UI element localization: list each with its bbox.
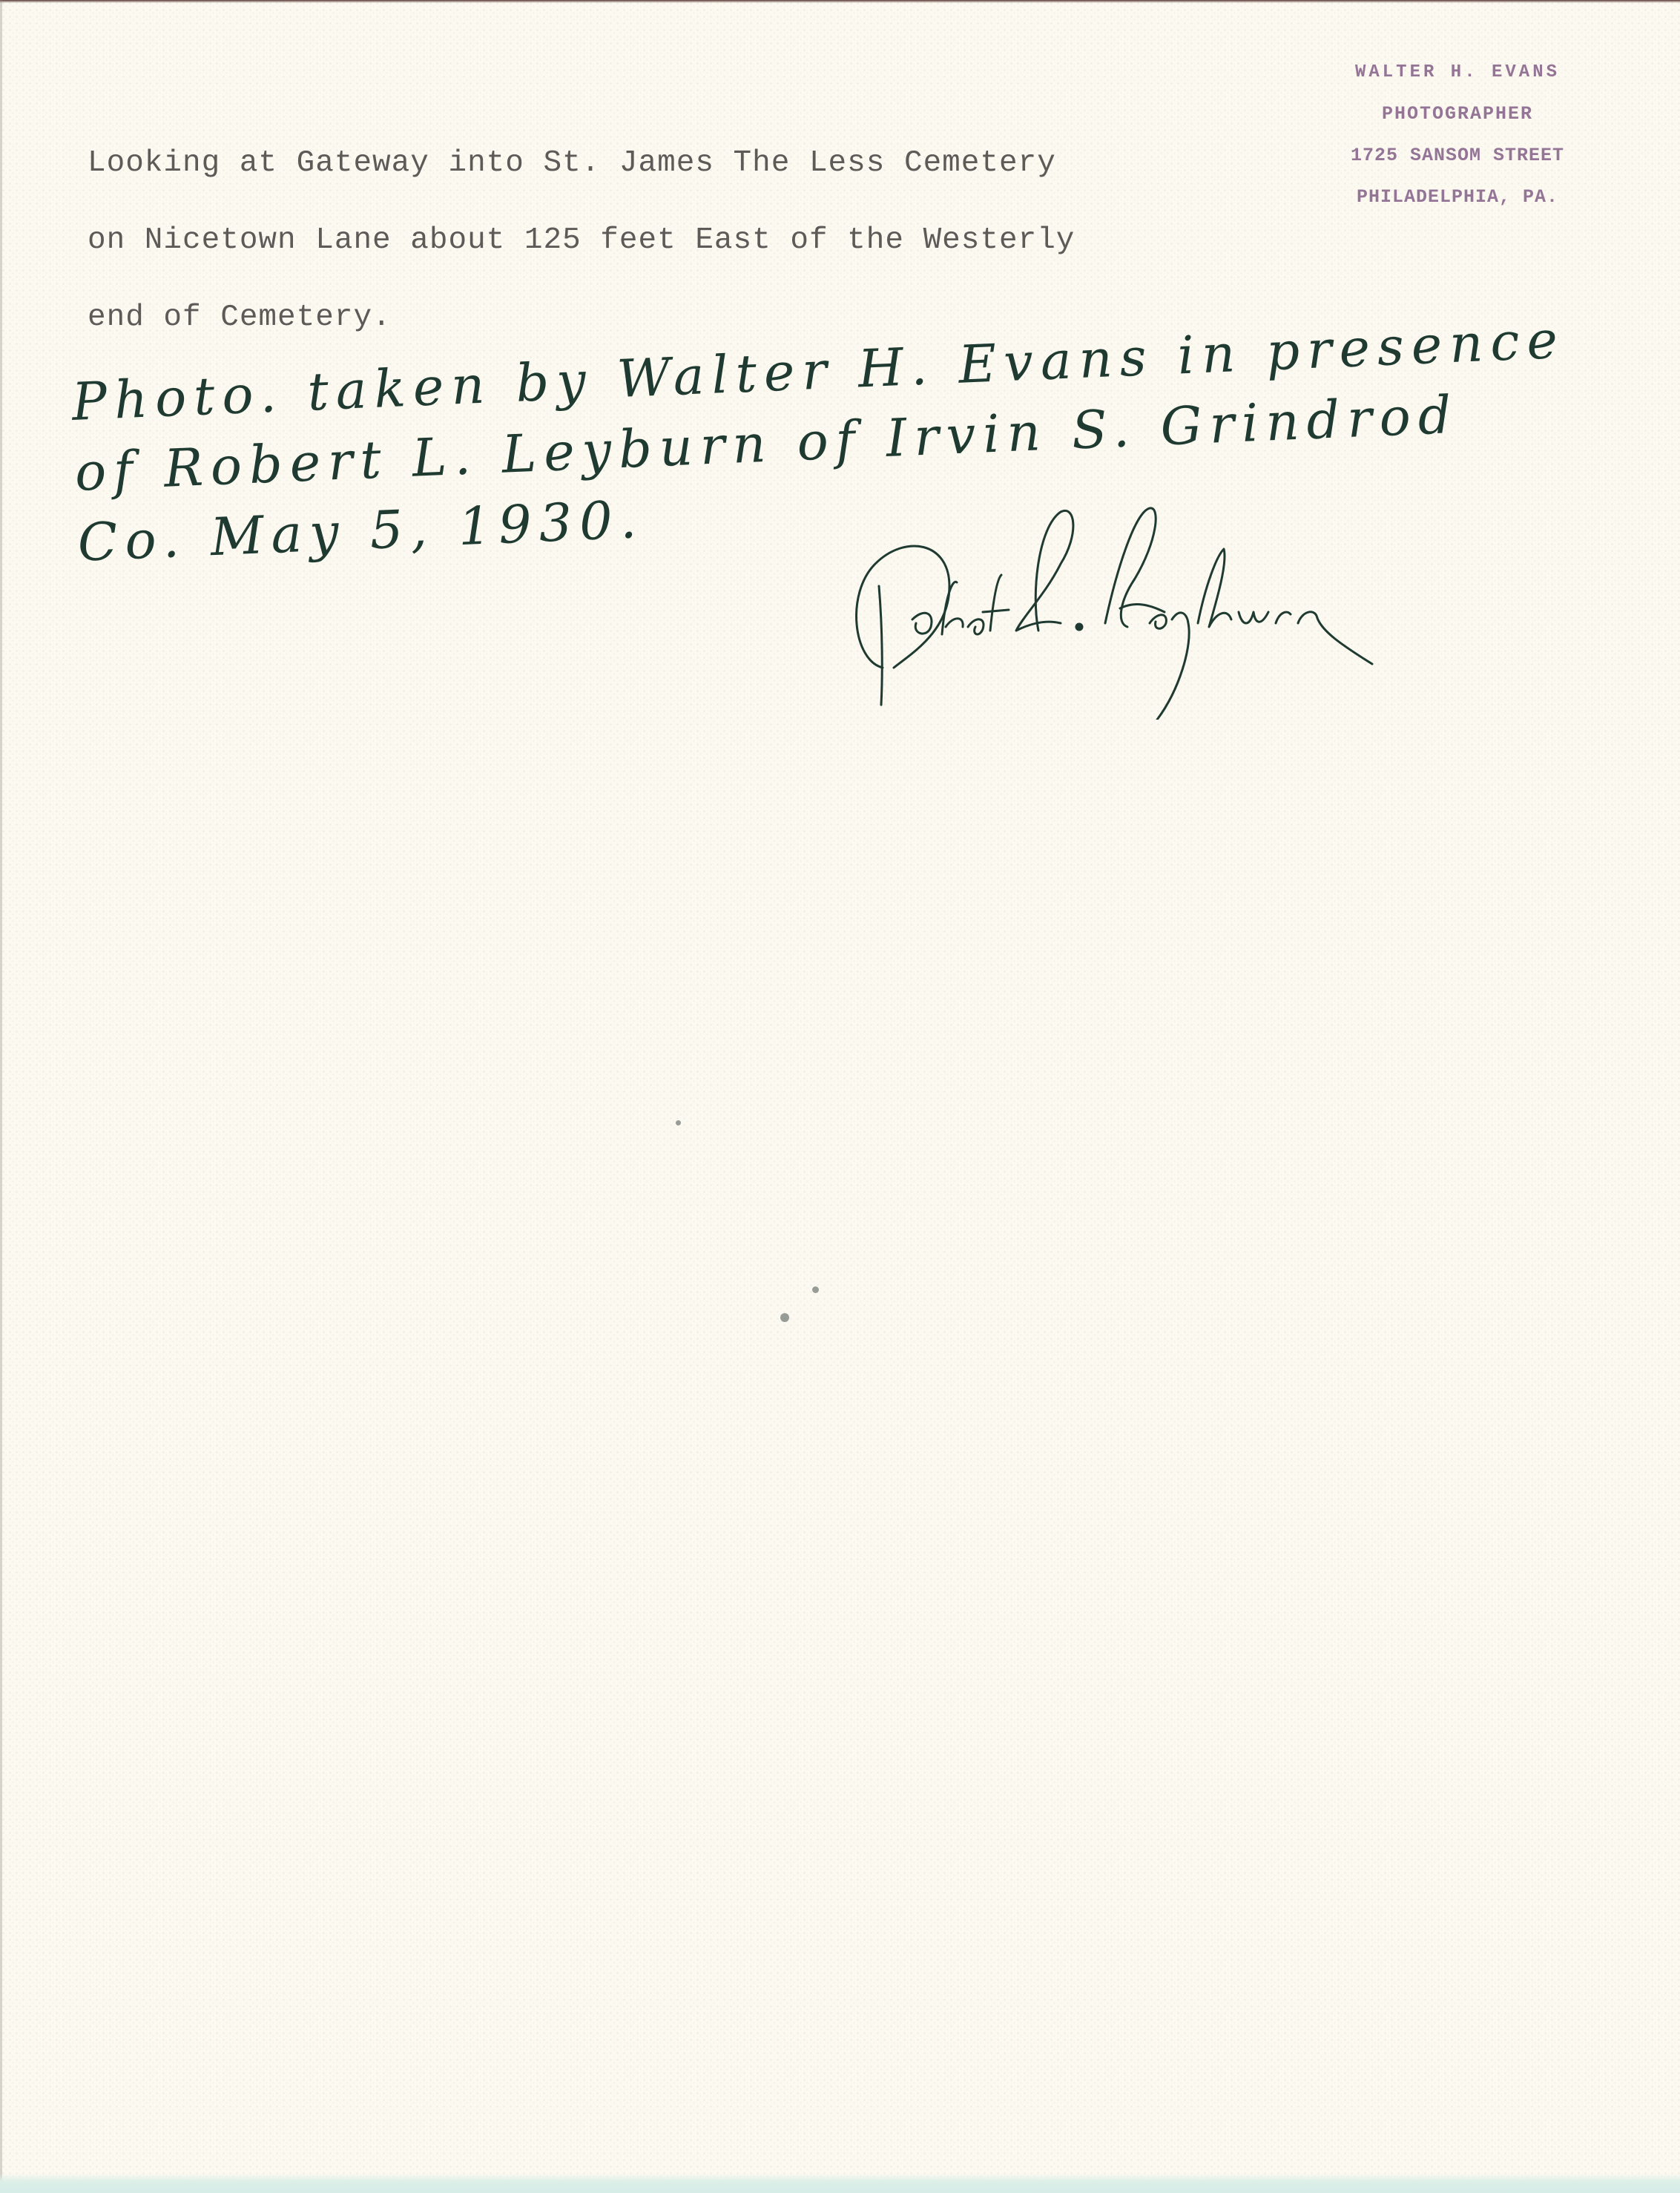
stamp-title: PHOTOGRAPHER <box>1302 93 1613 135</box>
stamp-name: WALTER H. EVANS <box>1302 52 1613 93</box>
signature-strokes-icon <box>823 482 1624 720</box>
stamp-street: 1725 SANSOM STREET <box>1302 135 1613 177</box>
typed-caption-line-1: Looking at Gateway into St. James The Le… <box>88 139 1289 217</box>
signature <box>823 482 1624 720</box>
typed-caption-line-2: on Nicetown Lane about 125 feet East of … <box>88 217 1289 294</box>
paper-speck <box>780 1313 789 1322</box>
paper-speck <box>812 1286 819 1293</box>
paper-left-edge <box>0 0 2 2193</box>
paper-speck <box>676 1120 681 1125</box>
paper-bottom-edge <box>0 2174 1680 2193</box>
photographer-stamp: WALTER H. EVANS PHOTOGRAPHER 1725 SANSOM… <box>1302 52 1613 218</box>
paper-top-edge <box>0 0 1680 3</box>
stamp-city: PHILADELPHIA, PA. <box>1302 177 1613 218</box>
